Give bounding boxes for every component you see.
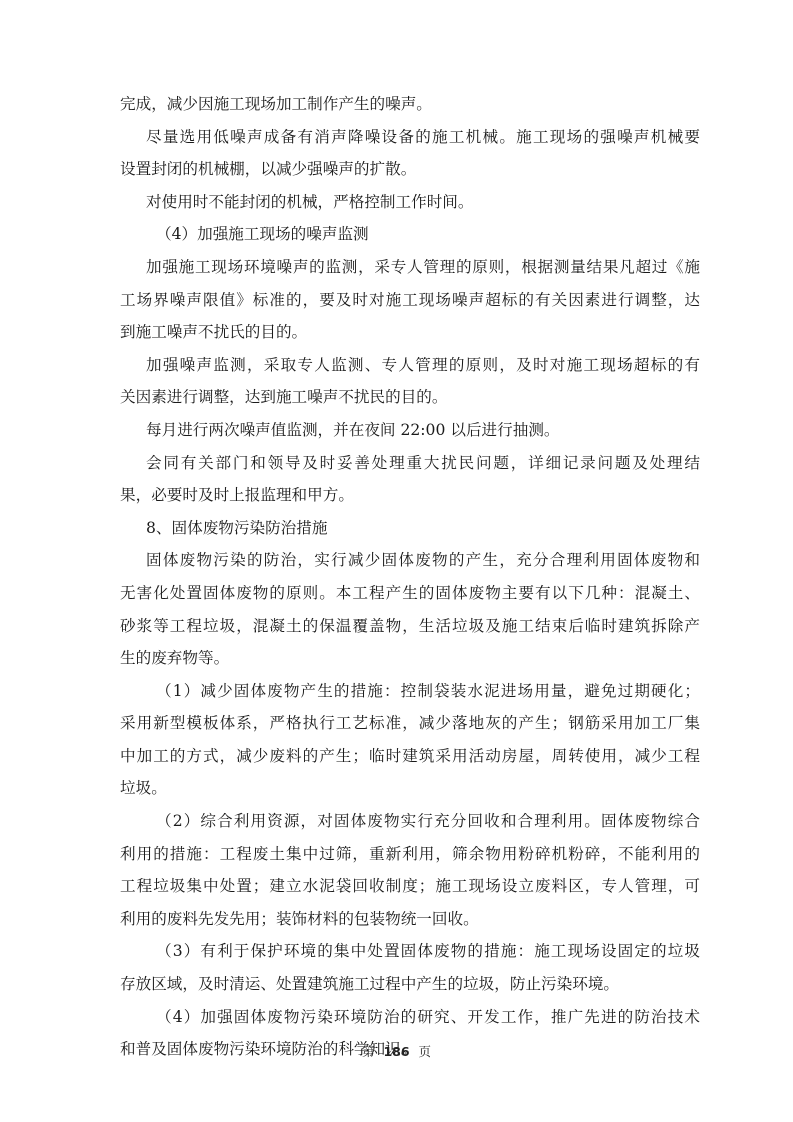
text-line: 每月进行两次噪声值监测，并在夜间 22:00 以后进行抽测。 <box>120 414 700 447</box>
text-line: 对使用时不能封闭的机械，严格控制工作时间。 <box>120 186 700 219</box>
text-line: 尽量选用低噪声成备有消声降噪设备的施工机械。施工现场的强噪声机械要 <box>120 121 700 154</box>
text-line: 8、固体废物污染防治措施 <box>120 512 700 545</box>
text-line: 会同有关部门和领导及时妥善处理重大扰民问题，详细记录问题及处理结 <box>120 447 700 480</box>
text-line: 砂浆等工程垃圾，混凝土的保温覆盖物，生活垃圾及施工结束后临时建筑拆除产 <box>120 610 700 643</box>
text-line: 利用的措施：工程废土集中过筛，重新利用，筛余物用粉碎机粉碎，不能利用的 <box>120 838 700 871</box>
document-body: 完成，减少因施工现场加工制作产生的噪声。尽量选用低噪声成备有消声降噪设备的施工机… <box>120 88 700 1066</box>
text-line: 果，必要时及时上报监理和甲方。 <box>120 479 700 512</box>
page-number: 186 <box>383 1044 409 1059</box>
text-line: 生的废弃物等。 <box>120 642 700 675</box>
text-line: （1）减少固体废物产生的措施：控制袋装水泥进场用量，避免过期硬化； <box>120 675 700 708</box>
text-line: 中加工的方式，减少废料的产生；临时建筑采用活动房屋，周转使用，减少工程 <box>120 740 700 773</box>
page-prefix: 第 <box>362 1044 375 1059</box>
text-line: 完成，减少因施工现场加工制作产生的噪声。 <box>120 88 700 121</box>
text-line: 垃圾。 <box>120 772 700 805</box>
text-line: 存放区域，及时清运、处置建筑施工过程中产生的垃圾，防止污染环境。 <box>120 968 700 1001</box>
text-line: 工场界噪声限值》标准的，要及时对施工现场噪声超标的有关因素进行调整，达 <box>120 284 700 317</box>
text-line: 加强噪声监测，采取专人监测、专人管理的原则，及时对施工现场超标的有 <box>120 349 700 382</box>
text-line: 工程垃圾集中处置；建立水泥袋回收制度；施工现场设立废料区，专人管理，可 <box>120 870 700 903</box>
text-line: 固体废物污染的防治，实行减少固体废物的产生，充分合理利用固体废物和 <box>120 544 700 577</box>
page-suffix: 页 <box>419 1044 432 1059</box>
text-line: 到施工噪声不扰氏的目的。 <box>120 316 700 349</box>
text-line: 无害化处置固体废物的原则。本工程产生的固体废物主要有以下几种：混凝土、 <box>120 577 700 610</box>
text-line: 加强施工现场环境噪声的监测，采专人管理的原则，根据测量结果凡超过《施 <box>120 251 700 284</box>
page-footer: 第 186 页 <box>0 1042 793 1060</box>
text-line: 设置封闭的机械棚，以减少强噪声的扩散。 <box>120 153 700 186</box>
text-line: 关因素进行调整，达到施工噪声不扰民的目的。 <box>120 381 700 414</box>
text-line: （4）加强施工现场的噪声监测 <box>120 218 700 251</box>
text-line: （2）综合利用资源，对固体废物实行充分回收和合理利用。固体废物综合 <box>120 805 700 838</box>
text-line: 采用新型模板体系，严格执行工艺标准，减少落地灰的产生；钢筋采用加工厂集 <box>120 707 700 740</box>
text-line: （4）加强固体废物污染环境防治的研究、开发工作，推广先进的防治技术 <box>120 1001 700 1034</box>
text-line: （3）有利于保护环境的集中处置固体废物的措施：施工现场设固定的垃圾 <box>120 935 700 968</box>
text-line: 利用的废料先发先用；装饰材料的包装物统一回收。 <box>120 903 700 936</box>
